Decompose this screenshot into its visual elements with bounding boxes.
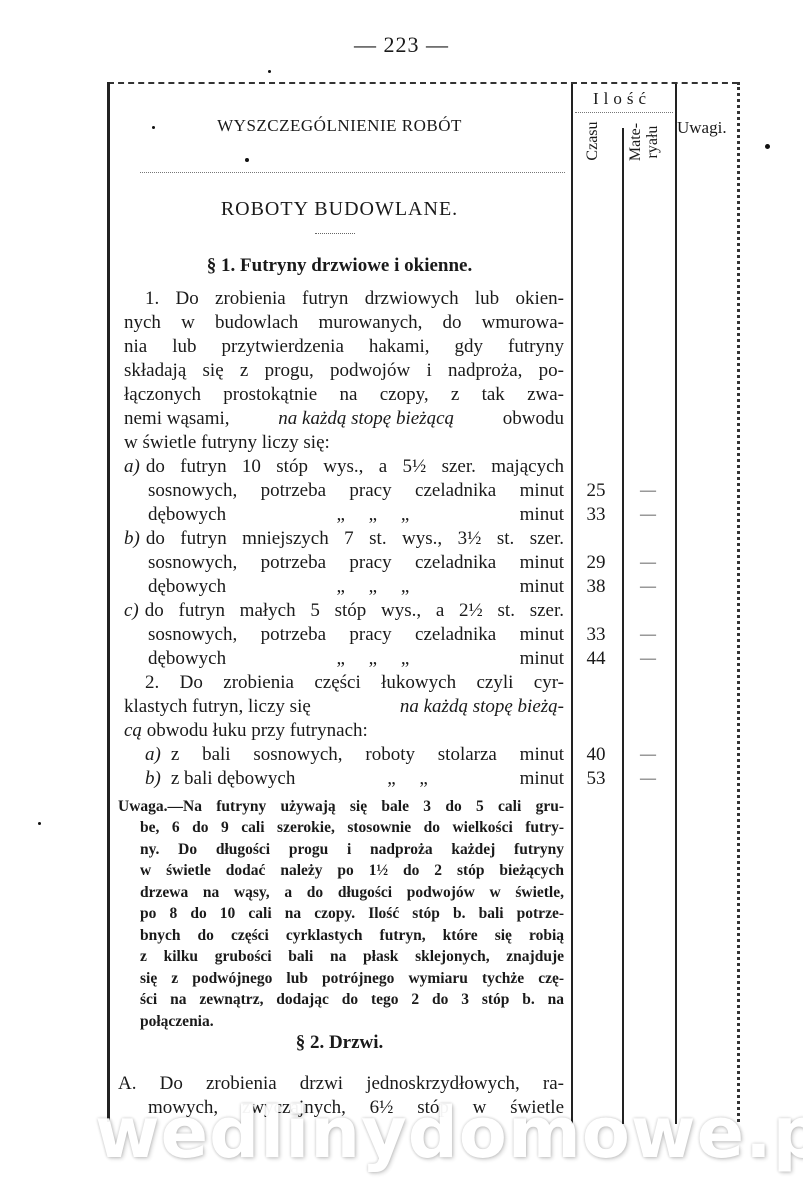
note-line: Uwaga.—Na futryny używają się bale 3 do … [118, 796, 564, 818]
text-fragment: obwodu [503, 407, 564, 431]
note-line: drzewa na wąsy, a do długości podwojów w… [140, 882, 564, 904]
item-label: b) [145, 767, 161, 791]
scan-speck [38, 822, 41, 825]
item-label: a) [145, 743, 161, 767]
paragraph-1-title: § 1. Futryny drzwiowe i okienne. [112, 255, 567, 277]
header-divider [140, 172, 565, 173]
text-line: nia lub przytwierdzenia hakami, gdy futr… [124, 335, 564, 359]
material-value: — [624, 575, 672, 599]
unit-text: minut [520, 767, 564, 791]
text-line: łączonych prostokątnie na czopy, z tak z… [124, 383, 564, 407]
section-title: ROBOTY BUDOWLANE. [112, 198, 567, 221]
item-row: b) z bali dębowych „ „ minut [145, 767, 564, 791]
item-text: z bali sosnowych, roboty stolarza minut [171, 743, 564, 767]
note-line: be, 6 do 9 cali szerokie, stosownie do w… [140, 817, 564, 839]
scan-speck [268, 70, 271, 73]
material-value: — [624, 479, 672, 503]
time-value: 25 [575, 479, 617, 503]
text-line: składają się z progu, podwojów i nadproż… [124, 359, 564, 383]
item-label: b) [124, 527, 140, 551]
material-header-line1: Mate- [627, 123, 644, 161]
note-line: się z podwójnego lub potrójnego wymiaru … [140, 968, 564, 990]
time-value: 44 [575, 647, 617, 671]
text-fragment: klastych futryn, liczy się [124, 695, 311, 719]
item-text: dębowych [148, 647, 226, 671]
text-line: w świetle futryny liczy się: [124, 431, 564, 455]
column-header-quantity: Ilość [572, 89, 672, 109]
column-header-remarks: Uwagi. [677, 118, 727, 138]
material-value: — [624, 767, 672, 791]
column-header-description: WYSZCZEGÓLNIENIE ROBÓT [112, 116, 567, 136]
time-value: 29 [575, 551, 617, 575]
time-value: 53 [575, 767, 617, 791]
page-number: — 223 — [0, 32, 803, 58]
scan-speck [765, 144, 770, 149]
item-row: dębowych „ „ „ minut [148, 647, 564, 671]
item-text: z bali dębowych [171, 767, 296, 791]
item-row: sosnowych, potrzeba pracy czeladnika min… [148, 479, 564, 503]
material-value: — [624, 623, 672, 647]
time-value: 38 [575, 575, 617, 599]
text-line: 1. Do zrobienia futryn drzwiowych lub ok… [145, 287, 564, 311]
column-header-material: Mate- ryału [627, 110, 663, 174]
column-divider-time [571, 84, 573, 1124]
ditto-marks: „ „ [295, 767, 519, 791]
scan-speck [152, 126, 155, 129]
emphasis-text: cą [124, 720, 142, 741]
text-fragment: obwodu łuku przy futrynach: [147, 720, 368, 741]
material-value: — [624, 647, 672, 671]
text-fragment: nemi wąsami, [124, 407, 230, 431]
item-text: do futryn małych 5 stóp wys., a 2½ st. s… [145, 599, 564, 623]
ditto-marks: „ „ „ [336, 647, 409, 671]
material-value: — [624, 743, 672, 767]
item-row: sosnowych, potrzeba pracy czeladnika min… [148, 551, 564, 575]
text-line: klastych futryn, liczy się na każdą stop… [124, 695, 564, 719]
item-text: dębowych [148, 575, 226, 599]
table-top-border [108, 82, 738, 84]
item-label: c) [124, 599, 139, 623]
emphasis-text: na każdą stopę bieżą- [400, 695, 564, 719]
item-row: c) do futryn małych 5 stóp wys., a 2½ st… [124, 599, 564, 623]
text-line: nych w budowlach murowanych, do wmurowa- [124, 311, 564, 335]
text-line: nemi wąsami, na każdą stopę bieżącą obwo… [124, 407, 564, 431]
item-row: a) z bali sosnowych, roboty stolarza min… [145, 743, 564, 767]
unit-text: minut [520, 575, 564, 599]
table-right-border [737, 82, 740, 1122]
time-value: 33 [575, 623, 617, 647]
unit-text: minut [520, 647, 564, 671]
item-row: a) do futryn 10 stóp wys., a 5½ szer. ma… [124, 455, 564, 479]
item-row: b) do futryn mniejszych 7 st. wys., 3½ s… [124, 527, 564, 551]
note-line: bnych do części cyrklastych futryn, któr… [140, 925, 564, 947]
time-value: 33 [575, 503, 617, 527]
item-row: dębowych „ „ „ minut [148, 503, 564, 527]
item-text: do futryn mniejszych 7 st. wys., 3½ st. … [146, 527, 564, 551]
table-left-border [107, 82, 110, 1122]
title-ornament [315, 233, 355, 234]
note-line: w świetle dodać należy po 1½ do 2 stóp b… [140, 860, 564, 882]
item-label: a) [124, 455, 140, 479]
paragraph-2-title: § 2. Drzwi. [112, 1032, 567, 1054]
ditto-marks: „ „ „ [336, 503, 409, 527]
time-value: 40 [575, 743, 617, 767]
text-line: cą obwodu łuku przy futrynach: [124, 719, 564, 743]
item-text: dębowych [148, 503, 226, 527]
note-line: z kilku grubości bali na płask sklejonyc… [140, 946, 564, 968]
material-header-line2: ryału [644, 126, 661, 159]
ditto-marks: „ „ „ [336, 575, 409, 599]
note-line: ny. Do długości progu i nadproża każdej … [140, 839, 564, 861]
item-row: sosnowych, potrzeba pracy czeladnika min… [148, 623, 564, 647]
item-text: do futryn 10 stóp wys., a 5½ szer. mając… [146, 455, 564, 479]
watermark: wedlinydomowe.pl [95, 1092, 803, 1174]
note-line: połączenia. [140, 1011, 564, 1033]
emphasis-text: na każdą stopę bieżącą [278, 407, 454, 431]
scan-speck [245, 158, 249, 162]
column-header-time: Czasu [584, 109, 604, 173]
note-line: ści na zewnątrz, dodając do tego 2 do 3 … [140, 989, 564, 1011]
unit-text: minut [520, 503, 564, 527]
note-line: po 8 do 10 cali na czopy. Ilość stóp b. … [140, 903, 564, 925]
column-divider-remarks [675, 84, 677, 1124]
material-value: — [624, 551, 672, 575]
text-line: 2. Do zrobienia części łukowych czyli cy… [145, 671, 564, 695]
material-value: — [624, 503, 672, 527]
item-row: dębowych „ „ „ minut [148, 575, 564, 599]
